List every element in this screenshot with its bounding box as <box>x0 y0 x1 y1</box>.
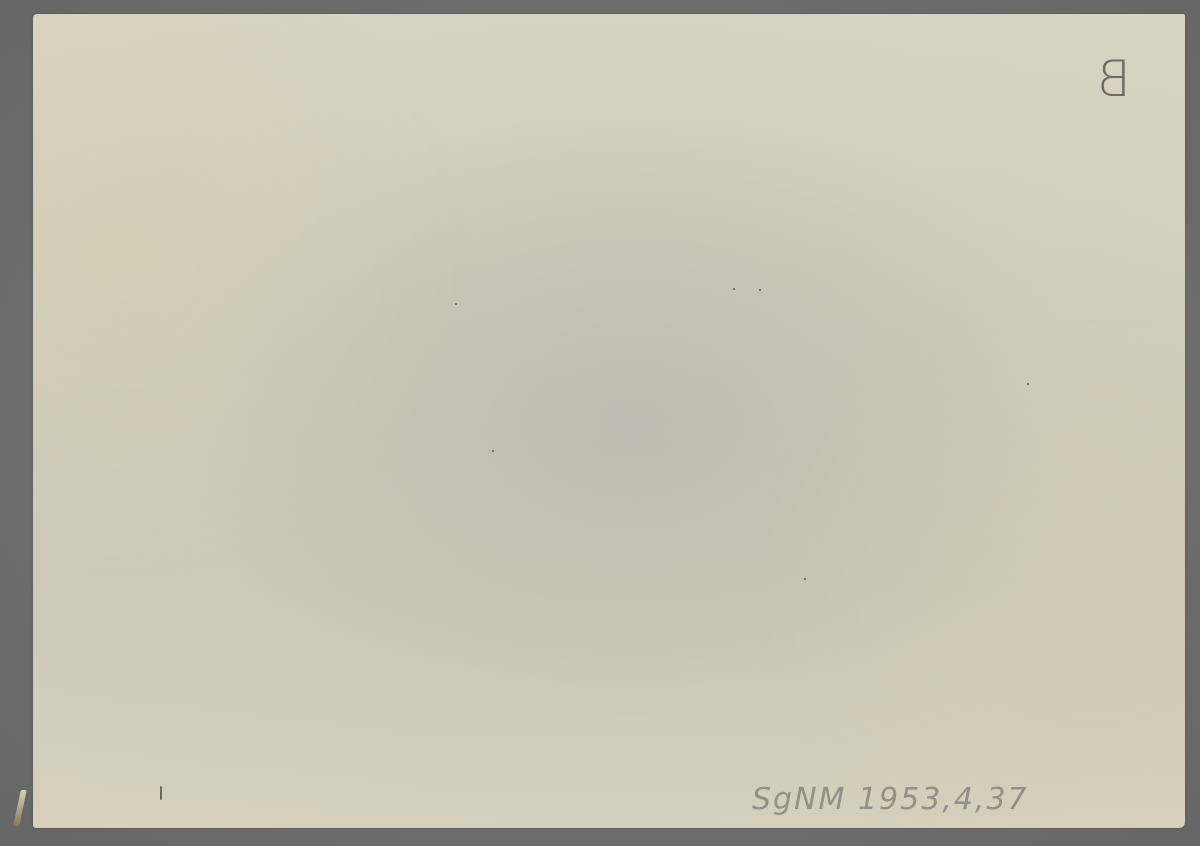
paper-speck <box>455 303 457 305</box>
paper-sheet-back <box>33 14 1185 828</box>
mirrored-letter-mark: B <box>1098 54 1131 104</box>
paper-speck <box>804 578 806 580</box>
paper-speck <box>733 288 735 290</box>
pencil-tick-mark <box>160 786 162 800</box>
paper-speck <box>492 450 494 452</box>
paper-speck <box>1027 383 1029 385</box>
paper-speck <box>759 289 761 291</box>
accession-number-inscription: SgNM 1953,4,37 <box>752 782 1029 817</box>
